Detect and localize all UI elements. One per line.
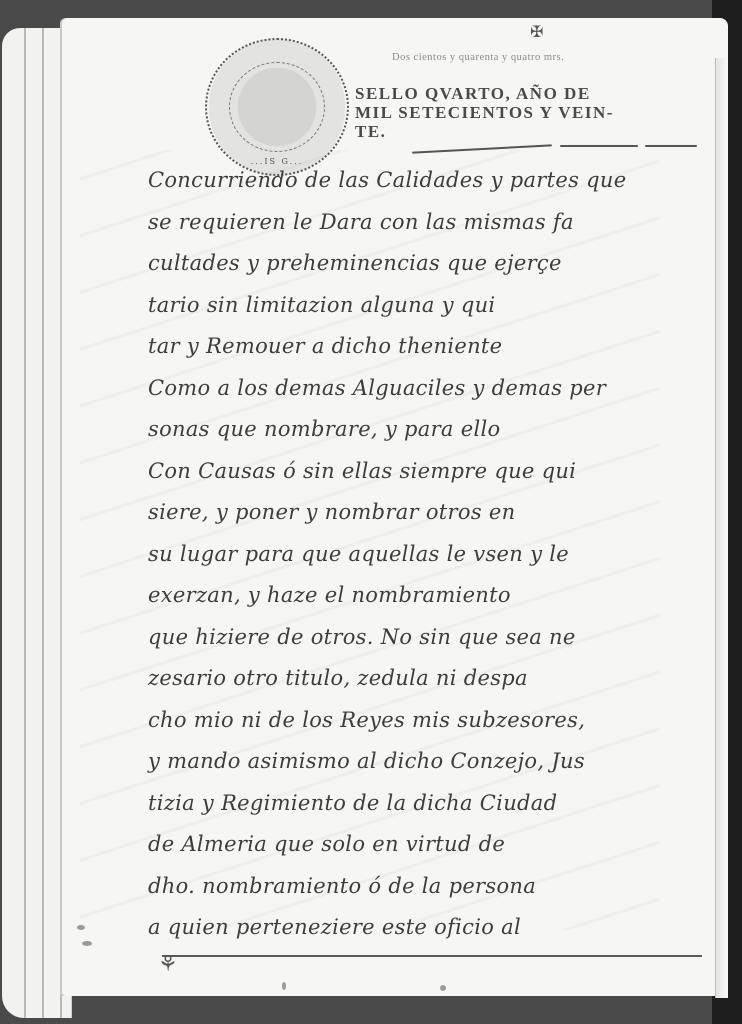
- heading-line: SELLO QVARTO, AÑO DE: [355, 84, 720, 103]
- seal-inner-ring: [229, 62, 325, 152]
- manuscript-line: sonas que nombrare, y para ello: [148, 409, 708, 451]
- manuscript-line: exerzan, y haze el nombramiento: [148, 575, 708, 617]
- flourish-line: [560, 145, 638, 147]
- worm-hole: [440, 985, 446, 991]
- worm-hole: [77, 925, 85, 930]
- manuscript-line: de Almeria que solo en virtud de: [148, 824, 708, 866]
- manuscript-line: y mando asimismo al dicho Conzejo, Jus: [148, 741, 708, 783]
- manuscript-line: cultades y preheminencias que ejerçe: [148, 243, 708, 285]
- manuscript-line: tario sin limitazion alguna y qui: [148, 285, 708, 327]
- closing-rule: [162, 955, 702, 957]
- worm-hole: [82, 941, 92, 946]
- worm-hole: [282, 982, 286, 990]
- manuscript-line: que hiziere de otros. No sin que sea ne: [148, 617, 708, 659]
- page-fold: [715, 58, 728, 998]
- manuscript-line: su lugar para que aquellas le vsen y le: [148, 534, 708, 576]
- manuscript-line: Como a los demas Alguaciles y demas per: [148, 368, 708, 410]
- cross-icon: ✠: [530, 22, 543, 41]
- heading-line: MIL SETECIENTOS Y VEIN-: [355, 103, 720, 122]
- manuscript-line: dho. nombramiento ó de la persona: [148, 866, 708, 908]
- manuscript-line: Con Causas ó sin ellas siempre que qui: [148, 451, 708, 493]
- manuscript-line: siere, y poner y nombrar otros en: [148, 492, 708, 534]
- manuscript-line: se requieren le Dara con las mismas fa: [148, 202, 708, 244]
- page-edge-line: [42, 28, 44, 1018]
- rubric-flourish-icon: ⚘: [158, 952, 178, 977]
- flourish-line: [645, 145, 697, 147]
- manuscript-line: Concurriendo de las Calidades y partes q…: [148, 160, 708, 202]
- manuscript-line: tizia y Regimiento de la dicha Ciudad: [148, 783, 708, 825]
- manuscript-line: a quien perteneziere este oficio al: [148, 907, 708, 949]
- page-edge-line: [24, 28, 26, 1018]
- manuscript-line: zesario otro titulo, zedula ni despa: [148, 658, 708, 700]
- printed-heading: SELLO QVARTO, AÑO DE MIL SETECIENTOS Y V…: [355, 84, 720, 141]
- heading-line: TE.: [355, 122, 720, 141]
- manuscript-text: Concurriendo de las Calidades y partes q…: [148, 160, 708, 949]
- manuscript-line: cho mio ni de los Reyes mis subzesores,: [148, 700, 708, 742]
- manuscript-line: tar y Remouer a dicho theniente: [148, 326, 708, 368]
- seal-stamp: ...IS G...: [205, 38, 349, 176]
- printed-price-line: Dos cientos y quarenta y quatro mrs.: [392, 52, 564, 63]
